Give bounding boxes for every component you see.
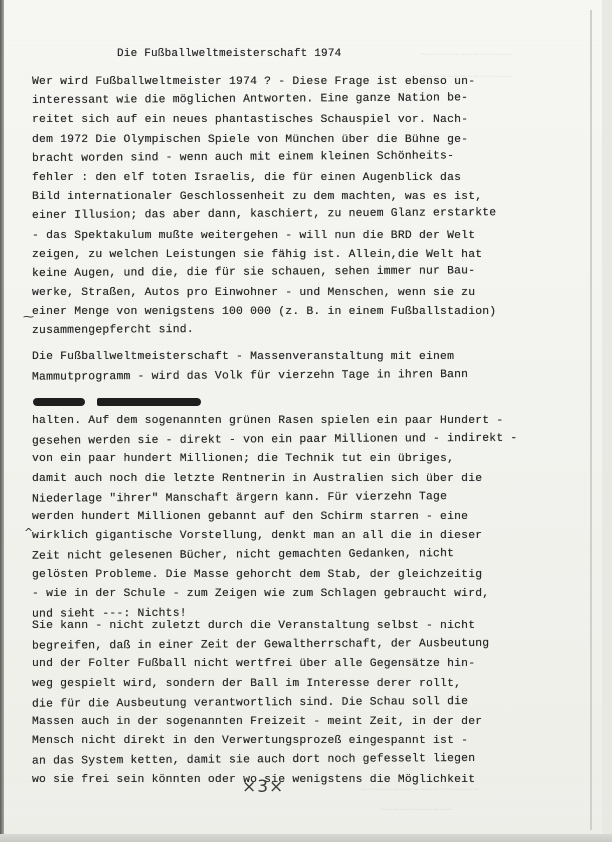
text-line: die für die Ausbeutung verantwortlich si… bbox=[32, 692, 572, 714]
margin-mark: ⁓ bbox=[23, 310, 34, 323]
margin-mark: ^ bbox=[24, 526, 33, 539]
text-line: begreifen, daß in einer Zeit der Gewalth… bbox=[32, 635, 572, 657]
text-line: Sie kann - nicht zuletzt durch die Veran… bbox=[32, 617, 572, 636]
text-line: damit auch noch die letzte Rentnerin in … bbox=[32, 470, 572, 489]
text-line: gelösten Probleme. Die Masse gehorcht de… bbox=[32, 566, 572, 585]
text-line: zusammengepfercht sind. bbox=[32, 319, 572, 341]
text-line: und der Folter Fußball nicht wertfrei üb… bbox=[32, 655, 572, 674]
bleed-through-text: ~~~~~~~~~~~~~~ bbox=[420, 50, 512, 62]
text-line: wirklich gigantische Vorstellung, denkt … bbox=[32, 527, 572, 546]
document-title: Die Fußballweltmeisterschaft 1974 bbox=[117, 48, 341, 60]
bleed-through-text: ~~~~~~~~~~~ bbox=[380, 805, 453, 817]
text-line: - wie in der Schule - zum Zeigen wie zum… bbox=[32, 585, 572, 604]
redaction-bar bbox=[97, 398, 201, 406]
text-line: keine Augen, und die, die für sie schaue… bbox=[32, 262, 572, 284]
text-line: weg gespielt wird, sondern der Ball im I… bbox=[32, 675, 572, 694]
page-number: ×3× bbox=[242, 777, 284, 797]
text-line: werke, Straßen, Autos pro Einwohner - un… bbox=[32, 284, 572, 303]
text-line: Mammutprogramm - wird das Volk für vierz… bbox=[32, 366, 572, 388]
text-line: wo sie frei sein könnten oder wo sie wen… bbox=[32, 771, 572, 790]
text-line: - das Spektakulum mußte weitergehen - wi… bbox=[32, 227, 572, 246]
text-line: an das System ketten, damit sie auch dor… bbox=[32, 750, 572, 772]
text-line: interessant wie die möglichen Antworten.… bbox=[32, 89, 572, 111]
paragraph-1: Wer wird Fußballweltmeister 1974 ? - Die… bbox=[32, 73, 572, 342]
paragraph-3: halten. Auf dem sogenannten grünen Rasen… bbox=[32, 412, 572, 623]
text-line: Massen auch in der sogenannten Freizeit … bbox=[32, 713, 572, 732]
text-line: Niederlage "ihrer" Manschaft ärgern kann… bbox=[32, 487, 572, 509]
page-fold bbox=[590, 10, 592, 830]
redaction-bar bbox=[33, 398, 85, 406]
text-line: werden hundert Millionen gebannt auf den… bbox=[32, 508, 572, 527]
text-line: halten. Auf dem sogenannten grünen Rasen… bbox=[32, 412, 572, 431]
text-line: einer Illusion; das aber dann, kaschiert… bbox=[32, 204, 572, 226]
text-line: Zeit nicht gelesenen Bücher, nicht gemac… bbox=[32, 545, 572, 567]
paragraph-2: Die Fußballweltmeisterschaft - Massenver… bbox=[32, 348, 572, 386]
text-line: Mensch nicht direkt in den Verwertungspr… bbox=[32, 732, 572, 751]
text-line: bracht worden sind - wenn auch mit einem… bbox=[32, 146, 572, 168]
text-line: gesehen werden sie - direkt - von ein pa… bbox=[32, 430, 572, 452]
paragraph-4: Sie kann - nicht zuletzt durch die Veran… bbox=[32, 617, 572, 790]
text-line: reitet sich auf ein neues phantastisches… bbox=[32, 111, 572, 130]
text-line: von ein paar hundert Millionen; die Tech… bbox=[32, 450, 572, 469]
text-line: fehler : den elf toten Israelis, die für… bbox=[32, 169, 572, 188]
text-line: Die Fußballweltmeisterschaft - Massenver… bbox=[32, 348, 572, 367]
page-bottom-edge bbox=[0, 834, 612, 842]
